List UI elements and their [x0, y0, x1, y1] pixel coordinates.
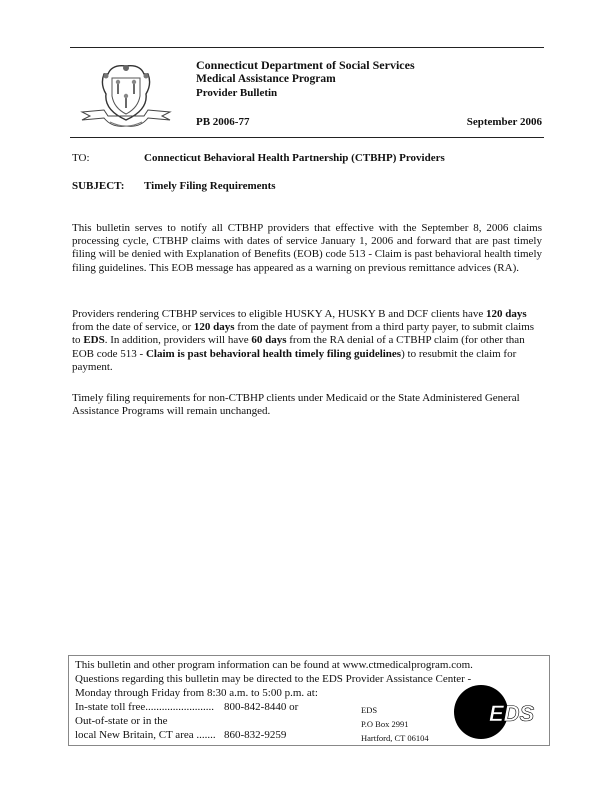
- agency-name: Connecticut Department of Social Service…: [196, 58, 415, 72]
- footer-local-label: local New Britain, CT area .......: [75, 728, 216, 742]
- connecticut-seal-icon: [78, 60, 174, 134]
- to-value: Connecticut Behavioral Health Partnershi…: [144, 152, 445, 164]
- address-line-3: Hartford, CT 06104: [361, 731, 429, 745]
- bulletin-number: PB 2006-77: [196, 116, 249, 128]
- footer-outofstate-label: Out-of-state or in the: [75, 714, 168, 728]
- document-type: Provider Bulletin: [196, 86, 277, 100]
- eds-logo-icon: EDS: [441, 682, 541, 742]
- footer-local-phone: 860-832-9259: [224, 728, 286, 742]
- contact-footer-box: This bulletin and other program informat…: [68, 655, 550, 746]
- program-name: Medical Assistance Program: [196, 72, 336, 86]
- subject-value: Timely Filing Requirements: [144, 180, 276, 192]
- body-paragraph-3: Timely filing requirements for non-CTBHP…: [72, 392, 542, 418]
- footer-instate-label: In-state toll free......................…: [75, 700, 214, 714]
- body-paragraph-2: Providers rendering CTBHP services to el…: [72, 308, 542, 374]
- subject-label: SUBJECT:: [72, 180, 142, 192]
- footer-questions-line: Questions regarding this bulletin may be…: [75, 672, 471, 686]
- to-label: TO:: [72, 152, 142, 164]
- svg-text:EDS: EDS: [489, 701, 535, 726]
- footer-instate-phone: 800-842-8440 or: [224, 700, 298, 714]
- footer-hours-line: Monday through Friday from 8:30 a.m. to …: [75, 686, 318, 700]
- address-line-2: P.O Box 2991: [361, 717, 408, 731]
- footer-website-line: This bulletin and other program informat…: [75, 658, 473, 672]
- body-paragraph-1: This bulletin serves to notify all CTBHP…: [72, 222, 542, 275]
- header-top-rule: [70, 47, 544, 48]
- address-line-1: EDS: [361, 703, 377, 717]
- bulletin-date: September 2006: [467, 116, 542, 128]
- header-bottom-rule: [70, 137, 544, 138]
